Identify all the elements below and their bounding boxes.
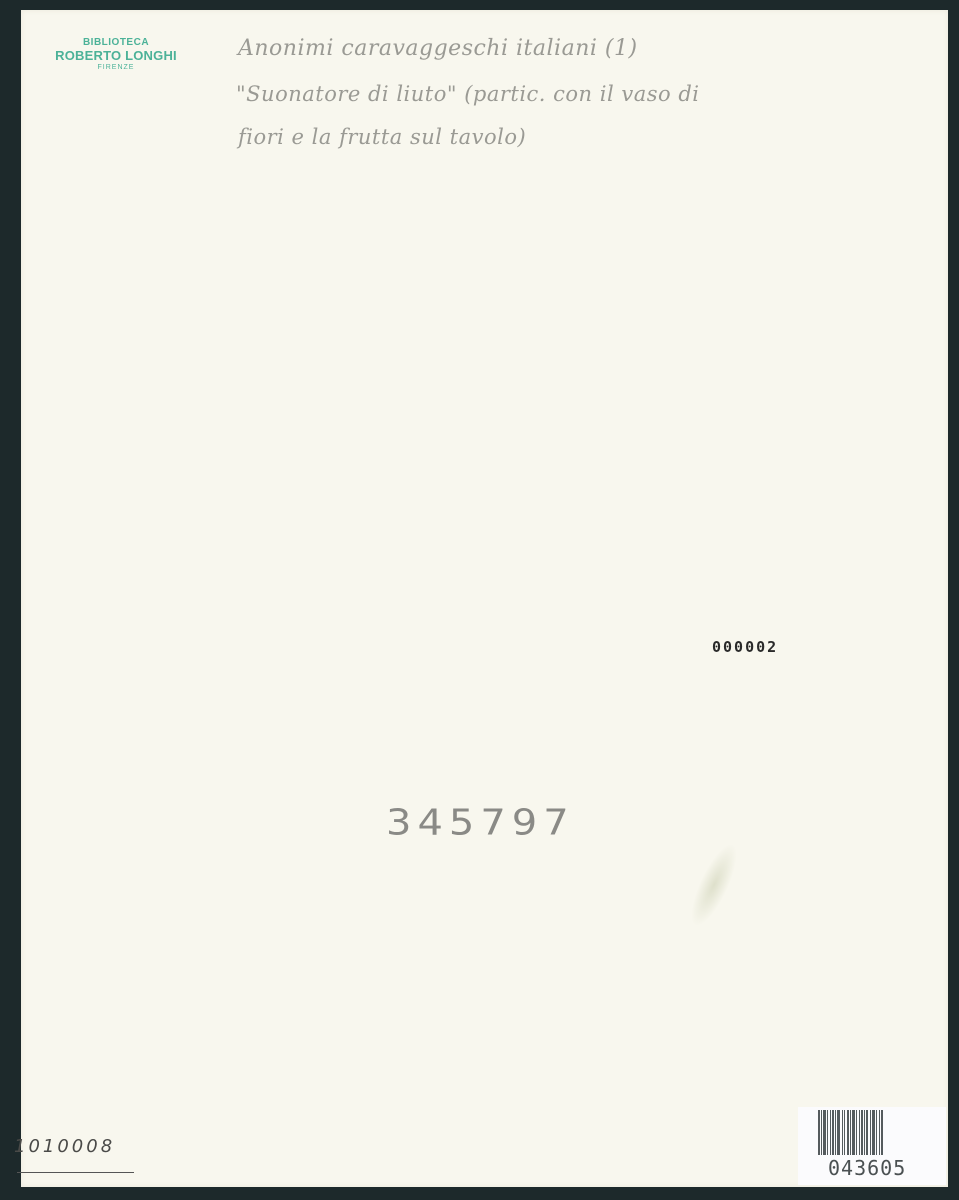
photo-verso-paper [21,10,948,1187]
inventory-number: 345797 [386,802,575,843]
serial-number-stamp: 000002 [712,638,778,656]
stamp-line-2: ROBERTO LONGHI [46,49,186,62]
library-stamp: BIBLIOTECA ROBERTO LONGHI FIRENZE [46,38,186,71]
barcode-label: 043605 [798,1107,946,1185]
handwritten-note-line-3: fiori e la frutta sul tavolo) [238,125,526,149]
handwritten-note-line-2: "Suonatore di liuto" (partic. con il vas… [236,82,700,106]
catalog-number: 1010008 [14,1136,115,1157]
stamp-line-1: BIBLIOTECA [46,38,186,48]
barcode-icon [818,1110,883,1155]
handwritten-note-line-1: Anonimi caravaggeschi italiani (1) [238,36,638,61]
stamp-line-3: FIRENZE [46,64,186,71]
scan-frame: BIBLIOTECA ROBERTO LONGHI FIRENZE Anonim… [0,0,959,1200]
catalog-underline [17,1172,134,1173]
barcode-number: 043605 [828,1156,906,1180]
